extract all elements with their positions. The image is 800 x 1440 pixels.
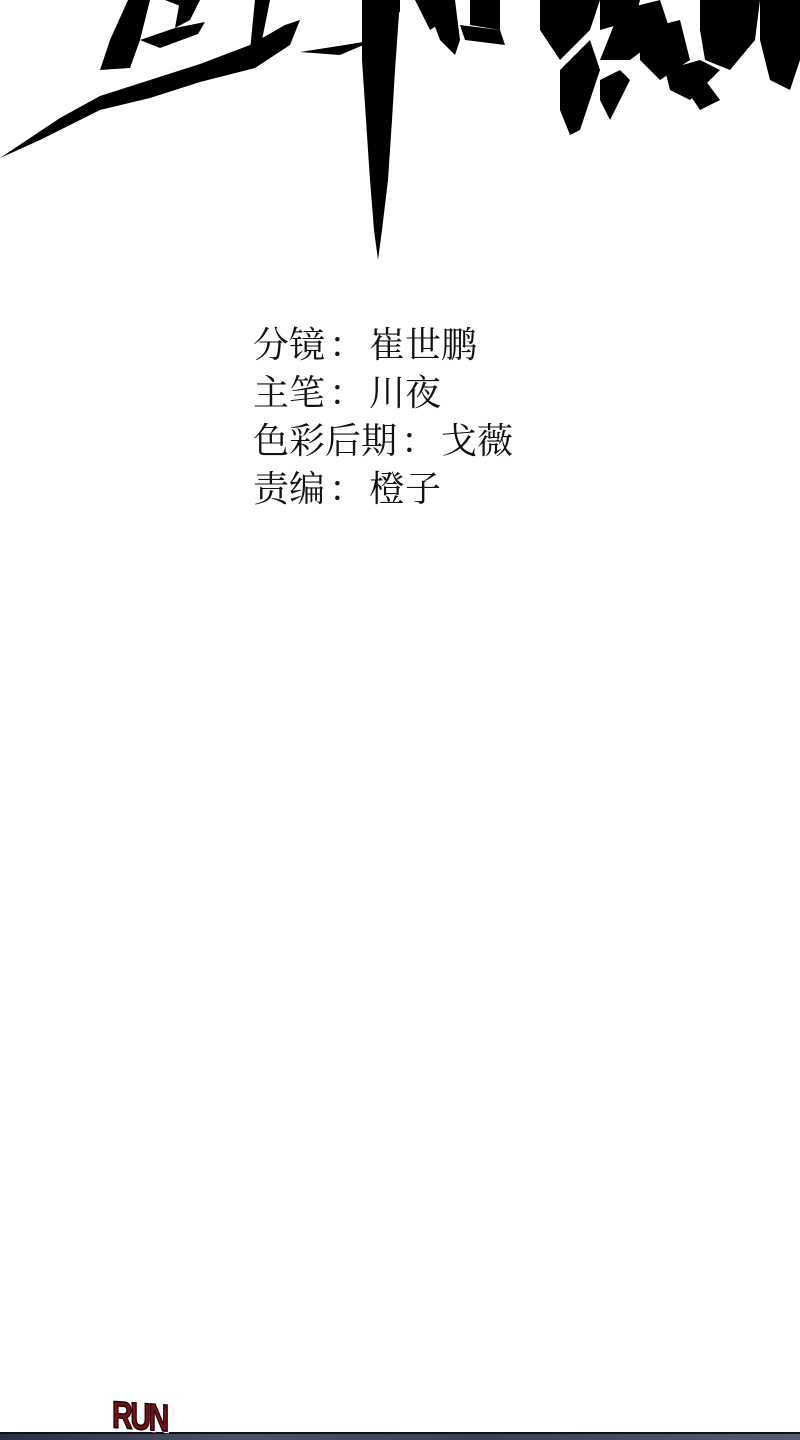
- credit-name: 川夜: [369, 373, 441, 414]
- credit-line-storyboard: 分镜：崔世鹏: [253, 322, 513, 370]
- credit-name: 崔世鹏: [369, 325, 477, 366]
- credit-line-lead-artist: 主笔：川夜: [253, 370, 513, 418]
- run-badge-text: RUN: [112, 1394, 167, 1440]
- credit-role: 色彩后期: [253, 421, 397, 462]
- credits-block: 分镜：崔世鹏 主笔：川夜 色彩后期：戈薇 责编：橙子: [253, 322, 513, 514]
- credit-separator: ：: [401, 418, 437, 466]
- credit-role: 主笔: [253, 373, 325, 414]
- title-calligraphy-art: [0, 0, 800, 270]
- credit-separator: ：: [329, 322, 365, 370]
- credit-role: 责编: [253, 469, 325, 510]
- credit-line-editor: 责编：橙子: [253, 466, 513, 514]
- credit-name: 戈薇: [441, 421, 513, 462]
- credit-role: 分镜: [253, 325, 325, 366]
- credit-name: 橙子: [369, 469, 441, 510]
- credit-line-coloring: 色彩后期：戈薇: [253, 418, 513, 466]
- credit-separator: ：: [329, 466, 365, 514]
- run-badge: RUN: [110, 1394, 190, 1440]
- credit-separator: ：: [329, 370, 365, 418]
